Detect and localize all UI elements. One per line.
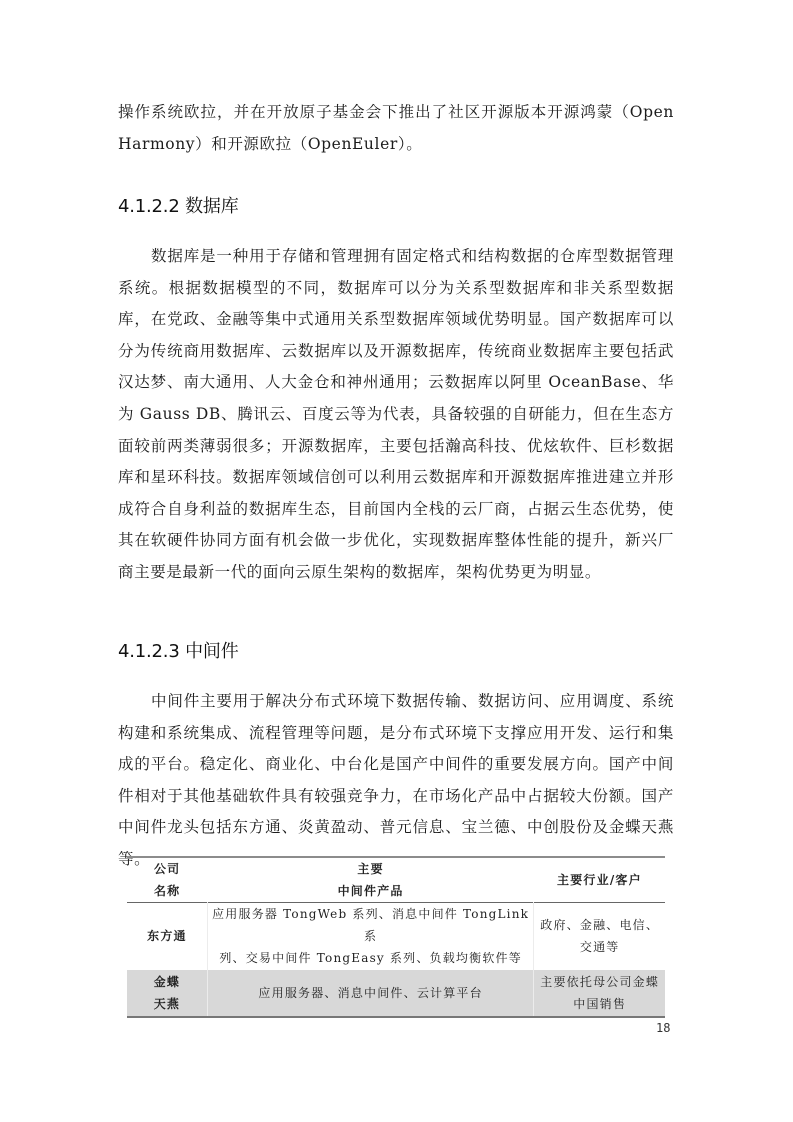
- header-main-customers: 主要行业/客户: [534, 857, 665, 903]
- paragraph-os-tail: 操作系统欧拉，并在开放原子基金会下推出了社区开源版本开源鸿蒙（Open Harm…: [118, 97, 674, 160]
- table-row: 东方通 应用服务器 TongWeb 系列、消息中间件 TongLink 系 列、…: [127, 903, 665, 970]
- cell-customers: 政府、金融、电信、 交通等: [534, 903, 665, 970]
- paragraph-middleware: 中间件主要用于解决分布式环境下数据传输、数据访问、应用调度、系统构建和系统集成、…: [118, 686, 674, 876]
- cell-customers: 主要依托母公司金蝶 中国销售: [534, 970, 665, 1018]
- header-main-products: 主要 中间件产品: [207, 857, 533, 903]
- table-header-row: 公司 名称 主要 中间件产品 主要行业/客户: [127, 857, 665, 903]
- cell-products: 应用服务器 TongWeb 系列、消息中间件 TongLink 系 列、交易中间…: [207, 903, 533, 970]
- section-heading-database: 4.1.2.2 数据库: [118, 192, 239, 218]
- cell-products: 应用服务器、消息中间件、云计算平台: [207, 970, 533, 1018]
- middleware-vendor-table: 公司 名称 主要 中间件产品 主要行业/客户 东方通 应用服务器 TongWeb…: [127, 856, 665, 1018]
- section-heading-middleware: 4.1.2.3 中间件: [118, 637, 239, 663]
- cell-company: 金蝶 天燕: [127, 970, 207, 1018]
- header-company-name: 公司 名称: [127, 857, 207, 903]
- page-number: 18: [656, 1021, 670, 1035]
- document-page: 操作系统欧拉，并在开放原子基金会下推出了社区开源版本开源鸿蒙（Open Harm…: [0, 0, 793, 1122]
- paragraph-database: 数据库是一种用于存储和管理拥有固定格式和结构数据的仓库型数据管理系统。根据数据模…: [118, 241, 674, 589]
- table-row: 金蝶 天燕 应用服务器、消息中间件、云计算平台 主要依托母公司金蝶 中国销售: [127, 970, 665, 1018]
- cell-company: 东方通: [127, 903, 207, 970]
